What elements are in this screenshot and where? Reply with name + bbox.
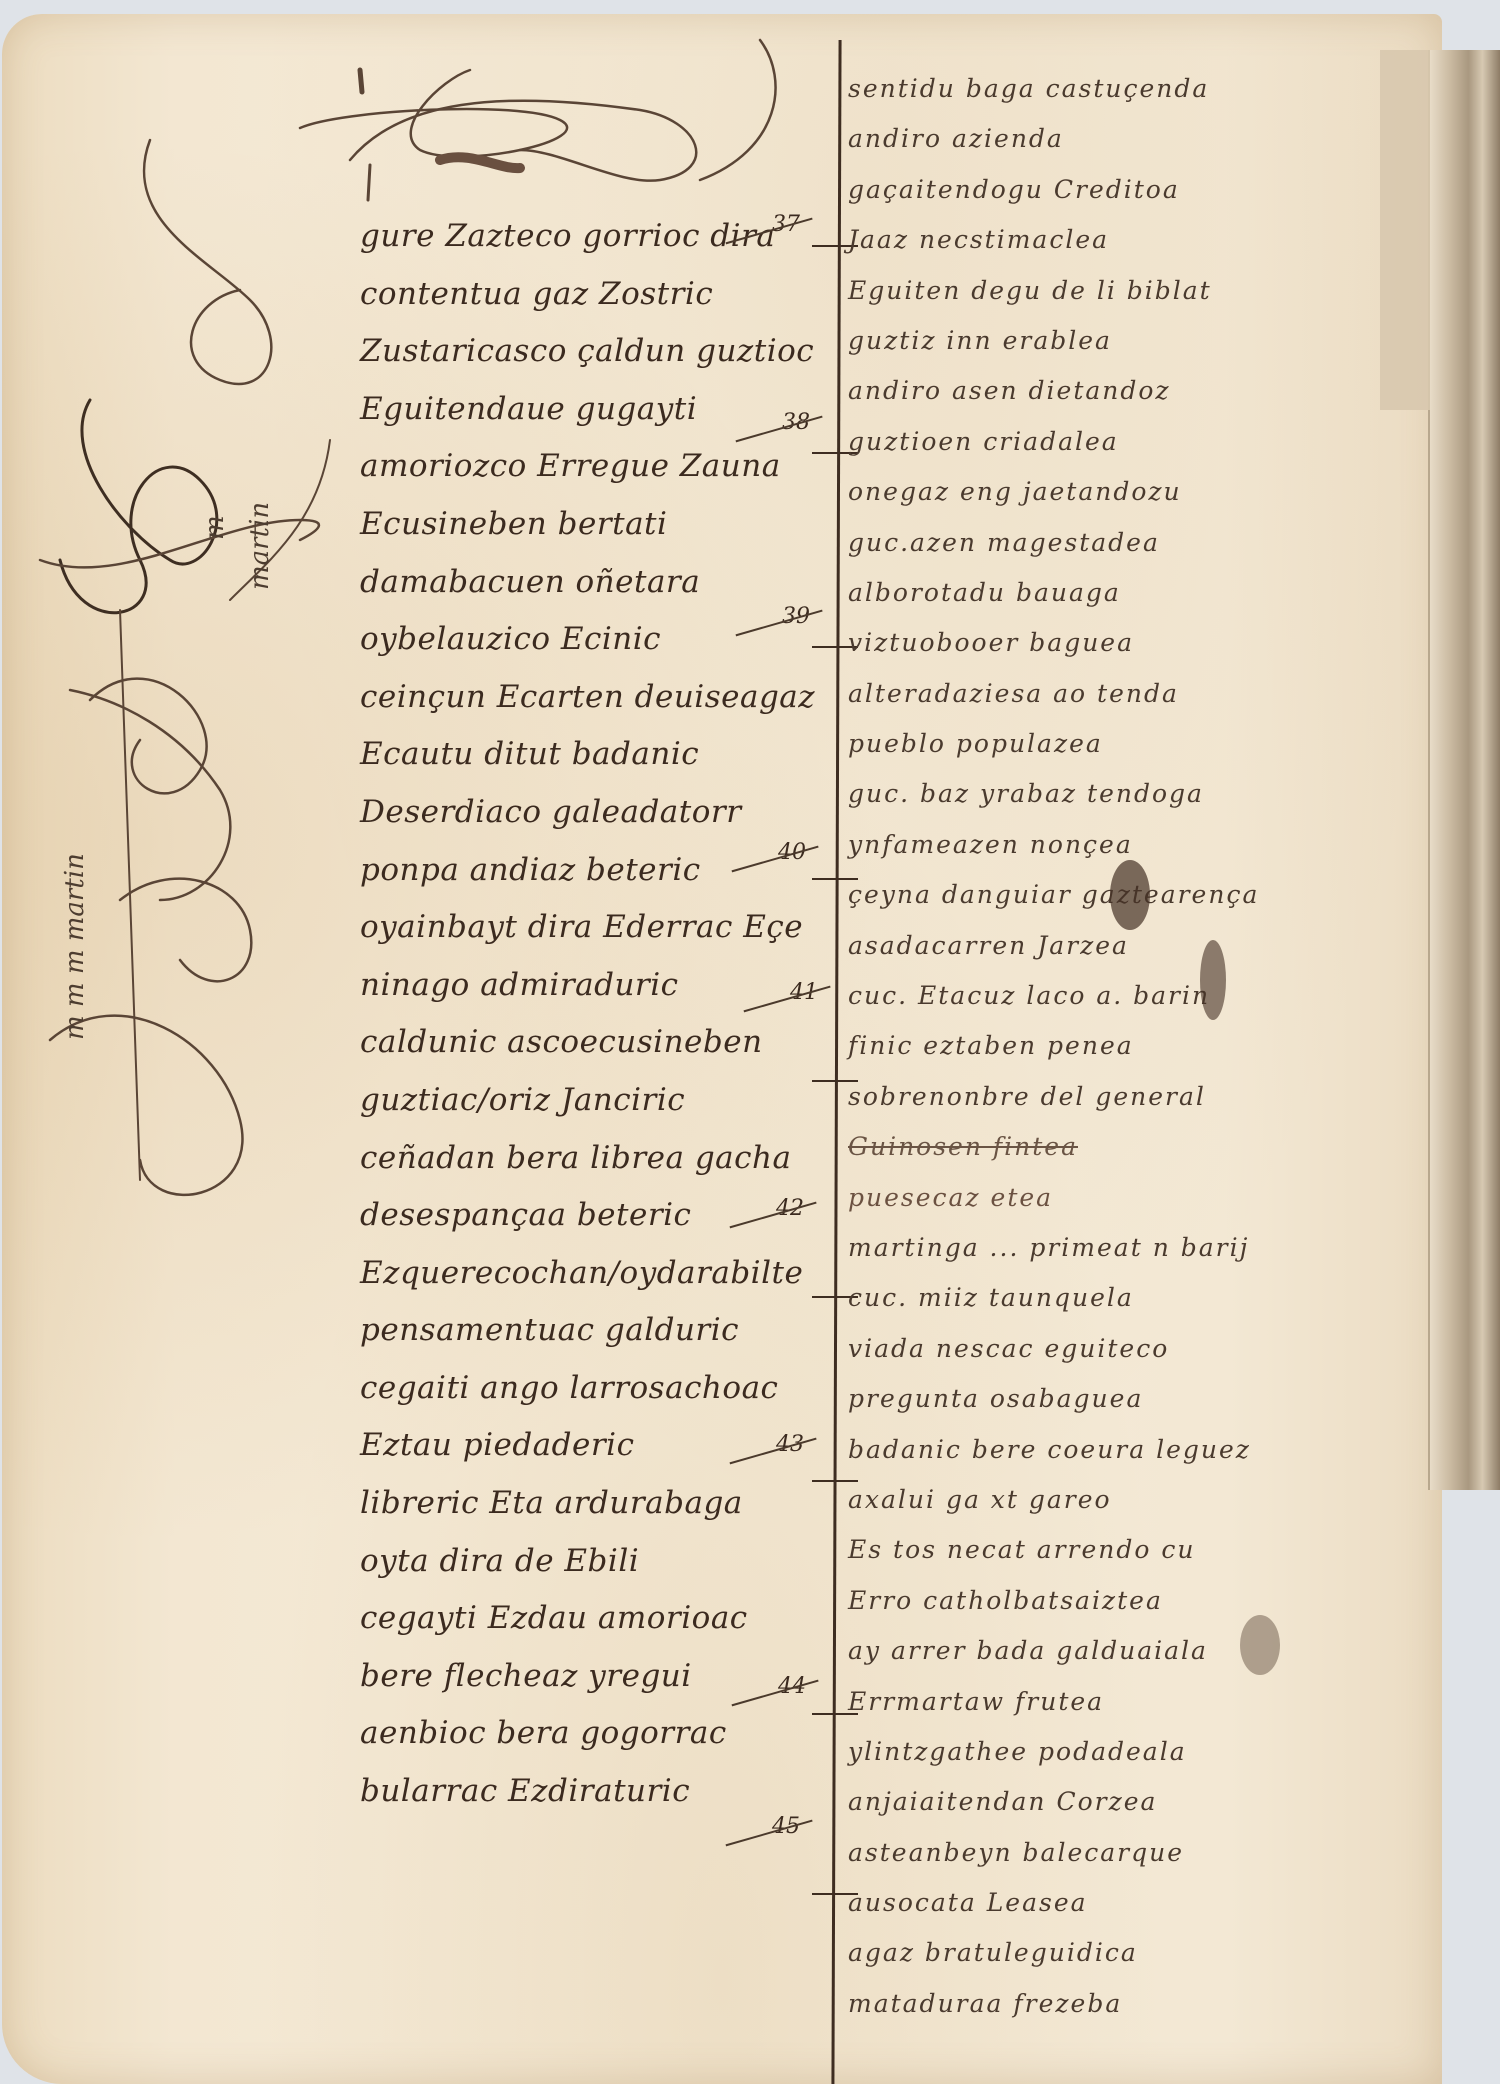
translation-line: Erro catholbatsaiztea [848,1576,1408,1626]
translation-line: puesecaz etea [848,1173,1408,1223]
verse-line: Eguitendaue gugayti [360,381,840,439]
left-column-text: gure Zazteco gorrioc dira contentua gaz … [360,208,840,1821]
verse-line: Deserdiaco galeadatorr [360,784,840,842]
translation-line: andiro asen dietandoz [848,366,1408,416]
verse-line: oyta dira de Ebili [360,1533,840,1591]
translation-line: mataduraa frezeba [848,1979,1408,2029]
verse-line: pensamentuac galduric [360,1302,840,1360]
book-binding-edge [1428,50,1500,1490]
ink-blot [1200,940,1226,1020]
translation-line: onegaz eng jaetandozu [848,467,1408,517]
verse-line: cegaiti ango larrosachoac [360,1360,840,1418]
translation-line: guc. baz yrabaz tendoga [848,769,1408,819]
translation-line: guztiz inn erablea [848,316,1408,366]
margin-note: martin [245,502,275,590]
translation-line: guztioen criadalea [848,417,1408,467]
verse-line: ceinçun Ecarten deuiseagaz [360,669,840,727]
verse-line: Ecusineben bertati [360,496,840,554]
translation-line: pregunta osabaguea [848,1374,1408,1424]
verse-line: aenbioc bera gogorrac [360,1705,840,1763]
verse-line: guztiac/oriz Janciric [360,1072,840,1130]
ink-blot [1110,860,1150,930]
verse-number: 37 [772,212,800,237]
verse-number: 38 [782,410,810,435]
verse-line: oybelauzico Ecinic [360,611,840,669]
verse-line: Ezquerecochan/oydarabilte [360,1245,840,1303]
translation-line: ay arrer bada galduaiala [848,1626,1408,1676]
verse-line: gure Zazteco gorrioc dira [360,208,840,266]
translation-line: guc.azen magestadea [848,518,1408,568]
translation-line: ausocata Leasea [848,1878,1408,1928]
translation-line: sentidu baga castuçenda [848,64,1408,114]
verse-number: 44 [778,1674,806,1699]
verse-number: 45 [772,1814,800,1839]
ink-blot [1240,1615,1280,1675]
translation-line: pueblo populazea [848,719,1408,769]
verse-number: 43 [776,1432,804,1457]
verse-number: 41 [790,980,818,1005]
verse-number: 39 [782,604,810,629]
translation-line: Es tos necat arrendo cu [848,1525,1408,1575]
verse-line: caldunic ascoecusineben [360,1014,840,1072]
verse-line: Ecautu ditut badanic [360,726,840,784]
translation-line: axalui ga xt gareo [848,1475,1408,1525]
translation-line: alteradaziesa ao tenda [848,669,1408,719]
verse-line: contentua gaz Zostric [360,266,840,324]
verse-line: cegayti Ezdau amorioac [360,1590,840,1648]
translation-line: anjaiaitendan Corzea [848,1777,1408,1827]
margin-note: m [200,515,230,540]
verse-line: bere flecheaz yregui [360,1648,840,1706]
translation-line: andiro azienda [848,114,1408,164]
verse-line: amoriozco Erregue Zauna [360,438,840,496]
translation-line: agaz bratuleguidica [848,1928,1408,1978]
verse-line: oyainbayt dira Ederrac Eçe [360,899,840,957]
translation-line: cuc. miiz taunquela [848,1273,1408,1323]
translation-line: cuc. Etacuz laco a. barin [848,971,1408,1021]
verse-line: ninago admiraduric [360,957,840,1015]
translation-line: sobrenonbre del general [848,1072,1408,1122]
translation-line: viztuobooer baguea [848,618,1408,668]
translation-line: asteanbeyn balecarque [848,1828,1408,1878]
verse-number: 42 [776,1196,804,1221]
translation-line: ylintzgathee podadeala [848,1727,1408,1777]
translation-line: gaçaitendogu Creditoa [848,165,1408,215]
verse-line: Zustaricasco çaldun guztioc [360,323,840,381]
verse-line: ponpa andiaz beteric [360,842,840,900]
right-column-text: sentidu baga castuçenda andiro azienda g… [848,64,1408,2029]
translation-line: viada nescac eguiteco [848,1324,1408,1374]
verse-number: 40 [778,840,806,865]
translation-line: finic eztaben penea [848,1021,1408,1071]
translation-line: martinga ... primeat n barij [848,1223,1408,1273]
verse-line: bularrac Ezdiraturic [360,1763,840,1821]
translation-line: badanic bere coeura leguez [848,1425,1408,1475]
verse-line: damabacuen oñetara [360,554,840,612]
translation-line: Errmartaw frutea [848,1677,1408,1727]
verse-line: libreric Eta ardurabaga [360,1475,840,1533]
translation-line: Jaaz necstimaclea [848,215,1408,265]
margin-note: m m m martin [60,853,90,1040]
verse-line: Eztau piedaderic [360,1417,840,1475]
translation-line: alborotadu bauaga [848,568,1408,618]
struck-translation-line: Guinosen fintea [848,1122,1408,1172]
translation-line: Eguiten degu de li biblat [848,266,1408,316]
verse-line: ceñadan bera librea gacha [360,1130,840,1188]
